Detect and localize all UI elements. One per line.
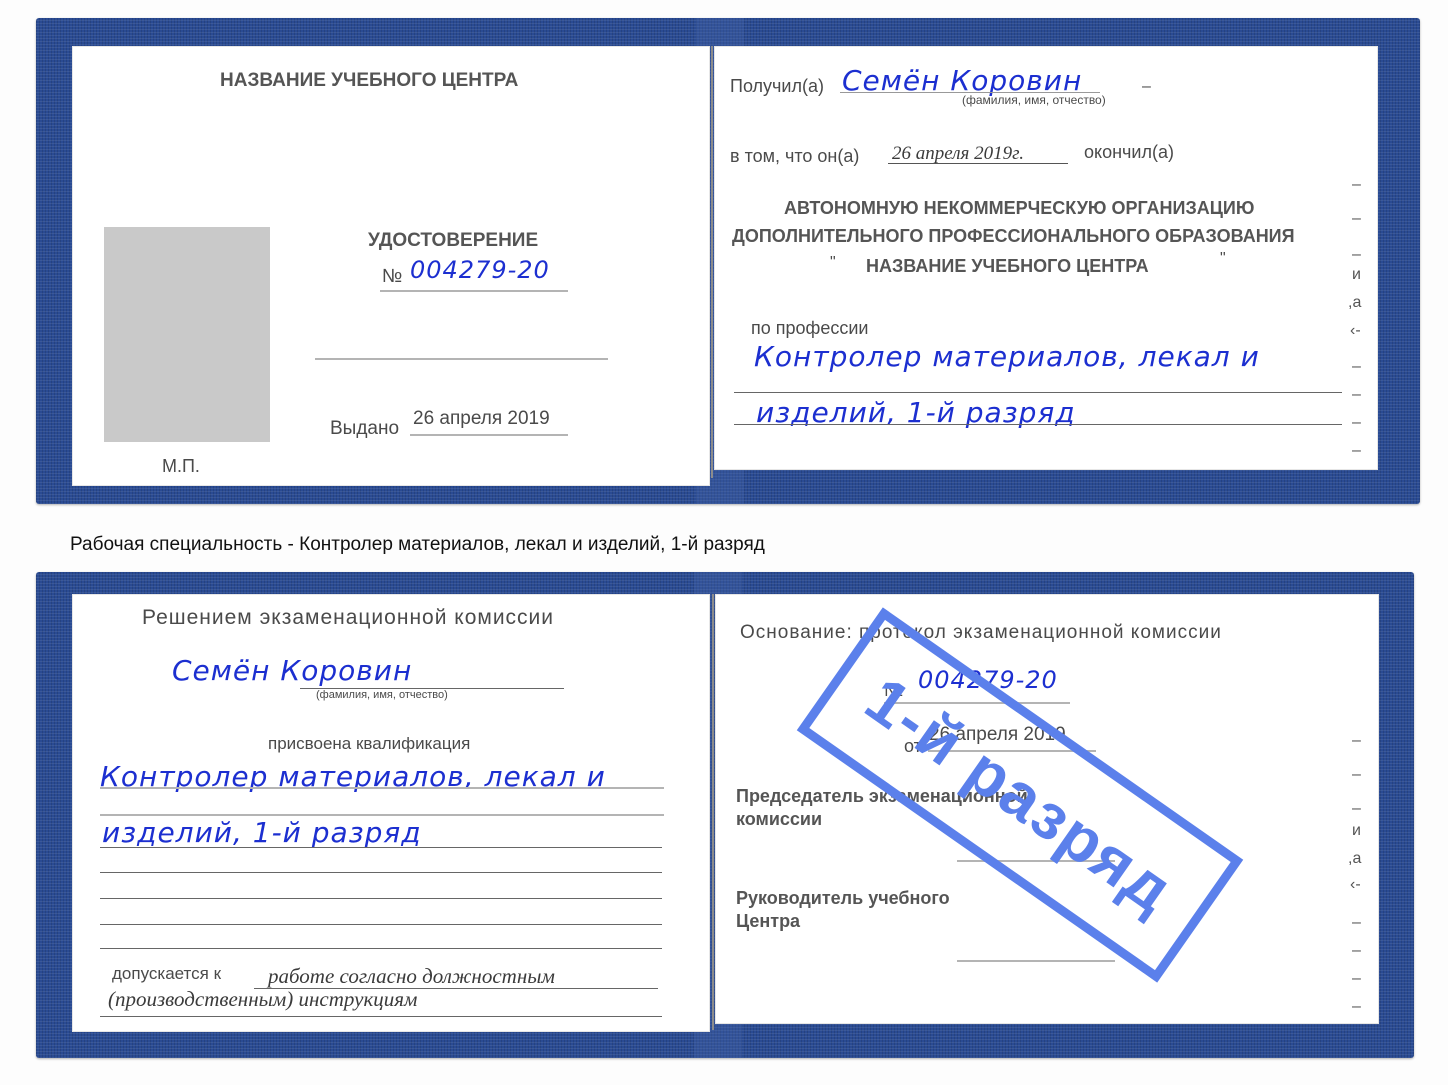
edge-mark: и xyxy=(1352,822,1361,840)
head-signature-line[interactable] xyxy=(957,960,1115,962)
edge-mark: – xyxy=(1352,732,1361,750)
basis-label: Основание: протокол экзаменационной коми… xyxy=(740,622,1222,644)
blank-line xyxy=(100,847,662,848)
issued-date: 26 апреля 2019 xyxy=(413,408,550,430)
edge-mark: – xyxy=(1352,998,1361,1016)
org-line-3-close-quote: " xyxy=(1220,250,1226,268)
edge-mark: – xyxy=(1352,358,1361,376)
issued-label: Выдано xyxy=(330,418,399,440)
org-line-1: АВТОНОМНУЮ НЕКОММЕРЧЕСКУЮ ОРГАНИЗАЦИЮ xyxy=(784,198,1254,219)
recipient-name: Семён Коровин xyxy=(172,654,412,687)
decision-title: Решением экзаменационной комиссии xyxy=(142,606,554,630)
head-label-1: Руководитель учебного xyxy=(736,888,950,909)
received-label: Получил(а) xyxy=(730,76,824,97)
edge-mark: – xyxy=(1352,970,1361,988)
certificate-number: 004279-20 xyxy=(410,256,550,284)
blank-line xyxy=(100,872,662,873)
edge-mark: – xyxy=(1352,942,1361,960)
org-line-3: НАЗВАНИЕ УЧЕБНОГО ЦЕНТРА xyxy=(866,256,1149,277)
edge-mark: – xyxy=(1352,210,1361,228)
doc-title: УДОСТОВЕРЕНИЕ xyxy=(368,230,538,252)
name-hint: (фамилия, имя, отчество) xyxy=(962,93,1106,107)
photo-placeholder xyxy=(104,227,270,442)
finished-label: окончил(а) xyxy=(1084,142,1174,163)
admitted-line-1: работе согласно должностным xyxy=(268,964,555,989)
chairman-label-2: комиссии xyxy=(736,809,822,830)
profession-line-1: Контролер материалов, лекал и xyxy=(754,340,1260,373)
edge-mark: – xyxy=(1352,442,1361,460)
number-prefix: № xyxy=(382,266,402,288)
completion-date: 26 апреля 2019г. xyxy=(892,143,1024,165)
edge-mark: ,а xyxy=(1348,850,1361,868)
edge-mark: – xyxy=(1352,800,1361,818)
profession-label: по профессии xyxy=(751,318,868,339)
qualification-label: присвоена квалификация xyxy=(268,734,470,754)
caption-specialty: Рабочая специальность - Контролер матери… xyxy=(70,534,765,556)
profession-line-2-underline xyxy=(734,424,1342,425)
blank-line xyxy=(100,948,662,949)
edge-mark: – xyxy=(1352,414,1361,432)
edge-mark: – xyxy=(1352,766,1361,784)
dash-mark: – xyxy=(1142,78,1151,96)
profession-line-1-underline xyxy=(734,392,1342,393)
blank-line xyxy=(100,924,662,925)
page-fold xyxy=(711,46,713,478)
stamp-place-label: М.П. xyxy=(162,456,200,477)
org-line-2: ДОПОЛНИТЕЛЬНОГО ПРОФЕССИОНАЛЬНОГО ОБРАЗО… xyxy=(732,226,1295,247)
number-underline xyxy=(380,290,568,292)
edge-mark: – xyxy=(1352,914,1361,932)
page-fold xyxy=(712,594,714,1030)
issued-underline xyxy=(410,434,568,436)
head-label-2: Центра xyxy=(736,911,800,932)
blank-line xyxy=(315,358,608,360)
edge-mark: – xyxy=(1352,176,1361,194)
org-name-header: НАЗВАНИЕ УЧЕБНОГО ЦЕНТРА xyxy=(220,70,518,92)
org-line-3-open-quote: " xyxy=(830,254,836,272)
admitted-line-2: (производственным) инструкциям xyxy=(108,987,417,1012)
edge-mark: – xyxy=(1352,246,1361,264)
name-hint: (фамилия, имя, отчество) xyxy=(316,689,448,701)
qualification-line-1-underline xyxy=(100,787,664,789)
completion-underline xyxy=(888,163,1068,164)
admitted-label: допускается к xyxy=(112,964,221,984)
edge-mark: ,а xyxy=(1348,294,1361,312)
edge-mark: – xyxy=(1352,386,1361,404)
qualification-line-2: изделий, 1-й разряд xyxy=(102,816,422,849)
edge-mark: ‹- xyxy=(1350,876,1361,894)
blank-line xyxy=(100,898,662,899)
that-label: в том, что он(а) xyxy=(730,146,859,167)
admitted-line-2-underline xyxy=(100,1016,662,1017)
edge-mark: и xyxy=(1352,266,1361,284)
edge-mark: ‹- xyxy=(1350,322,1361,340)
